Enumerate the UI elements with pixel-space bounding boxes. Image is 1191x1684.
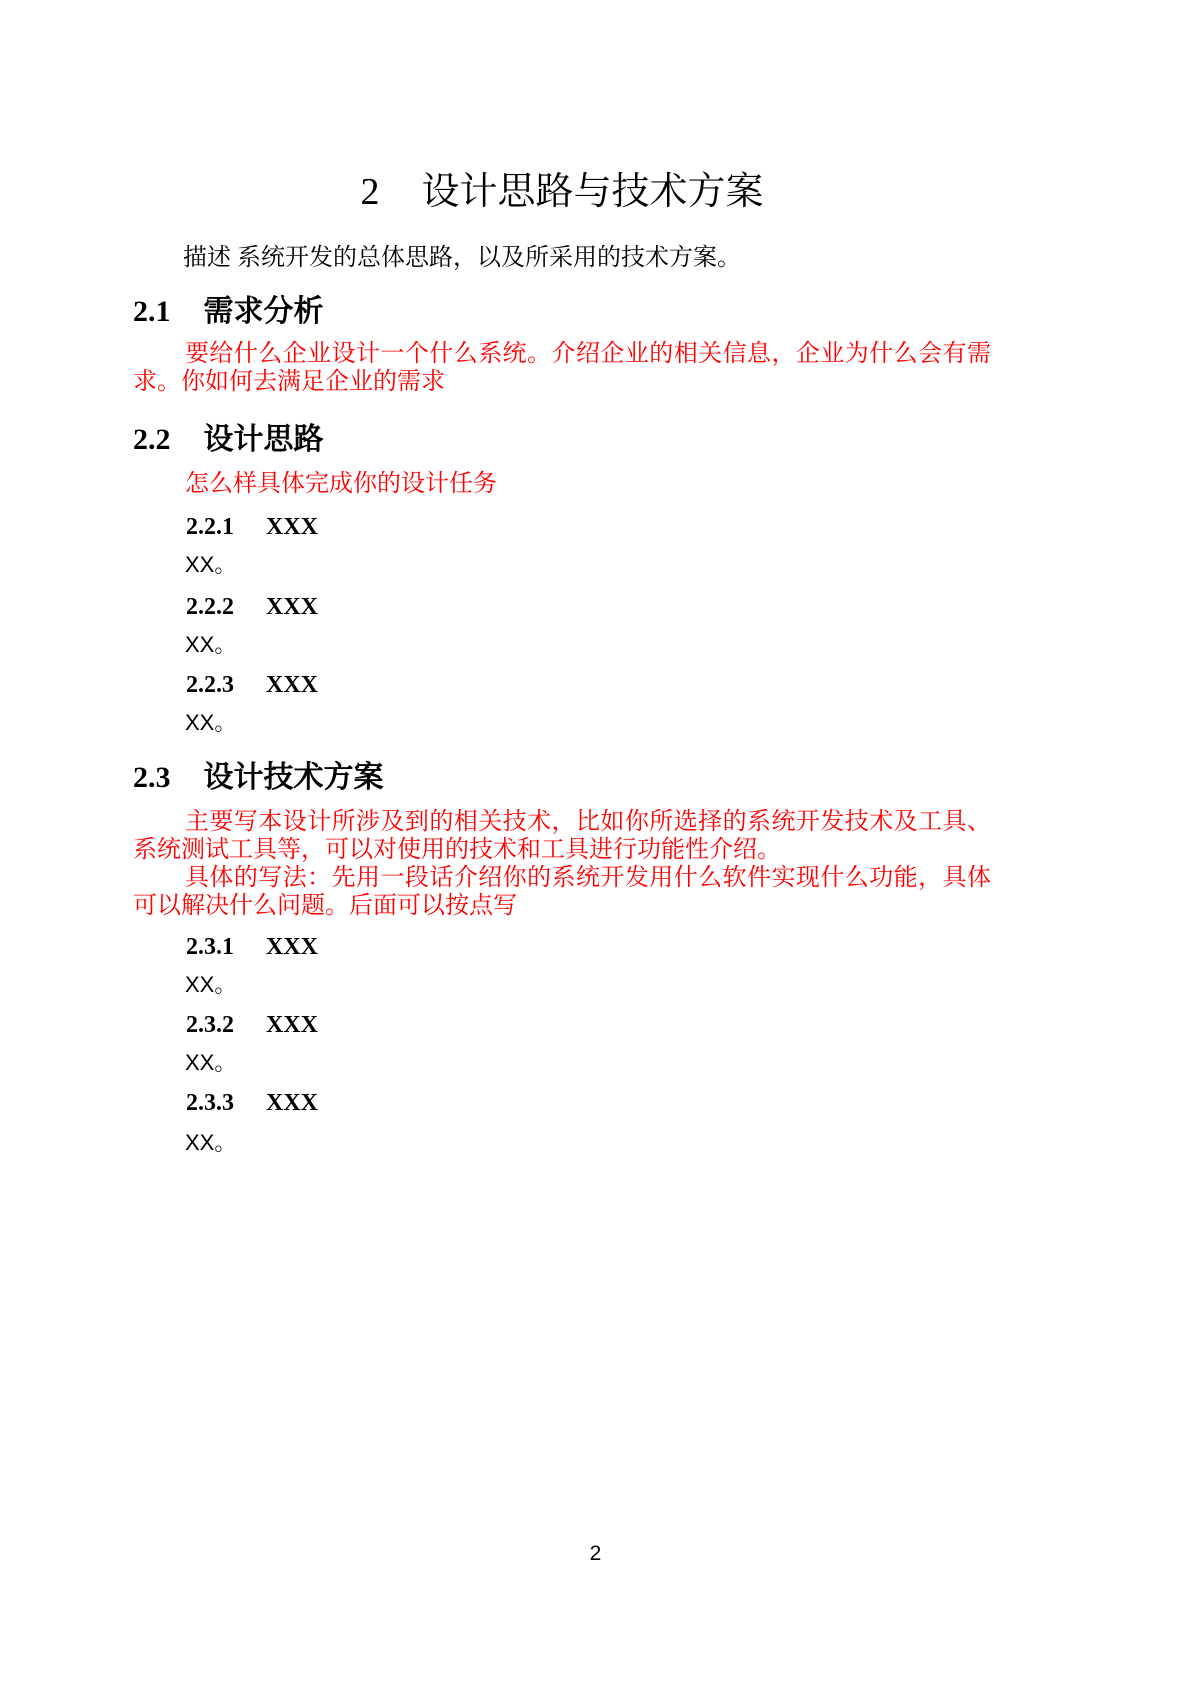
placeholder-paragraph: XX。: [133, 1050, 991, 1076]
section-title: 设计思路: [204, 423, 324, 456]
subsection-heading-2-2-3: 2.2.3XXX: [133, 670, 991, 700]
placeholder-paragraph: XX。: [133, 972, 991, 998]
subsection-heading-2-3-2: 2.3.2XXX: [133, 1010, 991, 1040]
subsection-number: 2.2.2: [186, 594, 234, 620]
document-page: 2设计思路与技术方案 描述 系统开发的总体思路，以及所采用的技术方案。 2.1需…: [133, 170, 991, 1156]
subsection-heading-2-3-3: 2.3.3XXX: [133, 1088, 991, 1118]
subsection-heading-2-2-2: 2.2.2XXX: [133, 592, 991, 622]
section-heading-2-3: 2.3设计技术方案: [133, 760, 991, 796]
placeholder-paragraph: XX。: [133, 552, 991, 578]
subsection-number: 2.3.3: [186, 1090, 234, 1116]
subsection-number: 2.2.3: [186, 672, 234, 698]
placeholder-paragraph: XX。: [133, 632, 991, 658]
subsection-number: 2.3.1: [186, 934, 234, 960]
chapter-title-number: 2: [360, 171, 379, 213]
chapter-title: 2设计思路与技术方案: [133, 170, 991, 214]
page-number: 2: [0, 1542, 1191, 1566]
subsection-title: XXX: [266, 514, 318, 540]
guidance-note: 主要写本设计所涉及到的相关技术，比如你所选择的系统开发技术及工具、系统测试工具等…: [133, 808, 991, 864]
chapter-title-text: 设计思路与技术方案: [421, 171, 763, 213]
guidance-note: 要给什么企业设计一个什么系统。介绍企业的相关信息，企业为什么会有需求。你如何去满…: [133, 340, 991, 396]
section-heading-2-1: 2.1需求分析: [133, 294, 991, 330]
subsection-number: 2.2.1: [186, 514, 234, 540]
intro-paragraph: 描述 系统开发的总体思路，以及所采用的技术方案。: [133, 244, 991, 272]
subsection-title: XXX: [266, 934, 318, 960]
subsection-number: 2.3.2: [186, 1012, 234, 1038]
guidance-note: 怎么样具体完成你的设计任务: [133, 470, 991, 498]
section-number: 2.3: [133, 761, 171, 794]
subsection-title: XXX: [266, 672, 318, 698]
section-heading-2-2: 2.2设计思路: [133, 422, 991, 458]
guidance-note: 具体的写法：先用一段话介绍你的系统开发用什么软件实现什么功能，具体可以解决什么问…: [133, 864, 991, 920]
subsection-title: XXX: [266, 1012, 318, 1038]
section-number: 2.2: [133, 423, 171, 456]
placeholder-paragraph: XX。: [133, 710, 991, 736]
placeholder-paragraph: XX。: [133, 1130, 991, 1156]
section-title: 设计技术方案: [204, 761, 384, 794]
section-title: 需求分析: [204, 295, 324, 328]
subsection-title: XXX: [266, 594, 318, 620]
subsection-heading-2-3-1: 2.3.1XXX: [133, 932, 991, 962]
subsection-title: XXX: [266, 1090, 318, 1116]
subsection-heading-2-2-1: 2.2.1XXX: [133, 512, 991, 542]
section-number: 2.1: [133, 295, 171, 328]
